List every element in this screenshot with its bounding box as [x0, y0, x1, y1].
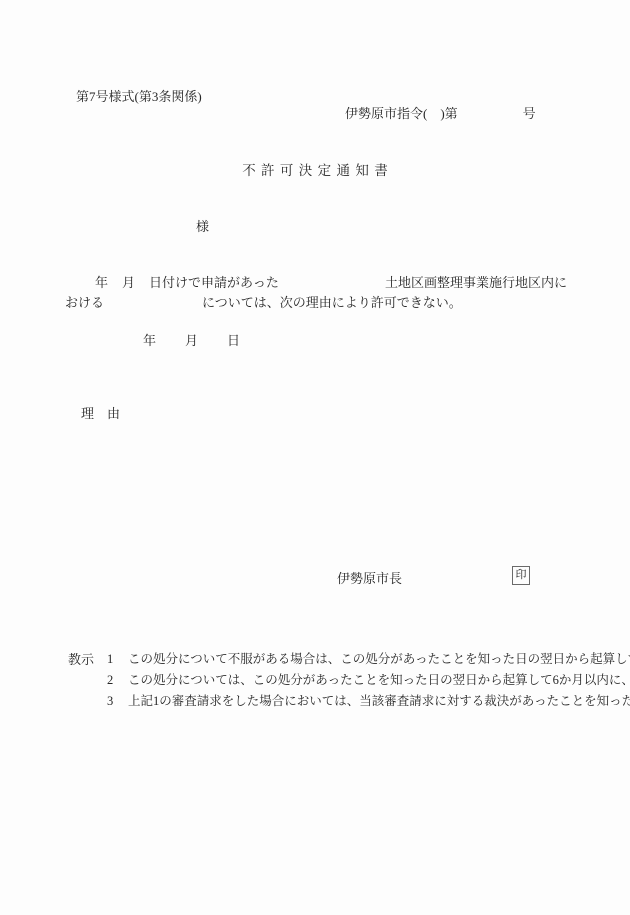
application-year-label: 年 [95, 272, 108, 291]
decision-date-year-label: 年 [143, 330, 156, 349]
directive-number-prefix: 伊勢原市指令( )第 [345, 106, 458, 121]
decision-date-day-label: 日 [227, 330, 240, 349]
instruction-item-3-number: 3 [107, 691, 113, 712]
application-phrase: 日付けで申請があった [149, 272, 279, 291]
instruction-item-2-number: 2 [107, 670, 113, 691]
instruction-item-1: 1 この処分について不服がある場合は、この処分があったことを知った日の翌日から起… [117, 649, 566, 670]
instruction-item-1-number: 1 [107, 649, 113, 670]
instruction-item-1-text: この処分について不服がある場合は、この処分があったことを知った日の翌日から起算し… [128, 652, 630, 666]
directive-number-line: 伊勢原市指令( )第号 [345, 103, 536, 122]
refusal-phrase: については、次の理由により許可できない。 [202, 292, 462, 311]
instructions-section: 教示 1 この処分について不服がある場合は、この処分があったことを知った日の翌日… [0, 649, 630, 712]
district-phrase: 土地区画整理事業施行地区内に [385, 272, 567, 291]
form-number: 第7号様式(第3条関係) [76, 86, 202, 105]
mayor-signature: 伊勢原市長 [337, 568, 402, 587]
reason-label: 理 由 [81, 403, 120, 422]
instruction-item-3: 3 上記1の審査請求をした場合においては、当該審査請求に対する裁決があったことを… [117, 691, 566, 712]
directive-number-suffix: 号 [523, 106, 536, 121]
instructions-label: 教示 [68, 649, 94, 668]
document-title: 不 許 可 決 定 通 知 書 [0, 159, 630, 179]
addressee-honorific: 様 [196, 216, 209, 235]
decision-date-month-label: 月 [185, 330, 198, 349]
seal-mark: 印 [512, 566, 530, 585]
document-page: 第7号様式(第3条関係) 伊勢原市指令( )第号 不 許 可 決 定 通 知 書… [0, 0, 630, 915]
application-month-label: 月 [122, 272, 135, 291]
instruction-item-3-text: 上記1の審査請求をした場合においては、当該審査請求に対する裁決があったことを知っ… [128, 694, 630, 708]
district-phrase-continuation: おける [65, 292, 104, 311]
instruction-item-2-text: この処分については、この処分があったことを知った日の翌日から起算して6か月以内に… [128, 673, 630, 687]
instruction-item-2: 2 この処分については、この処分があったことを知った日の翌日から起算して6か月以… [117, 670, 566, 691]
